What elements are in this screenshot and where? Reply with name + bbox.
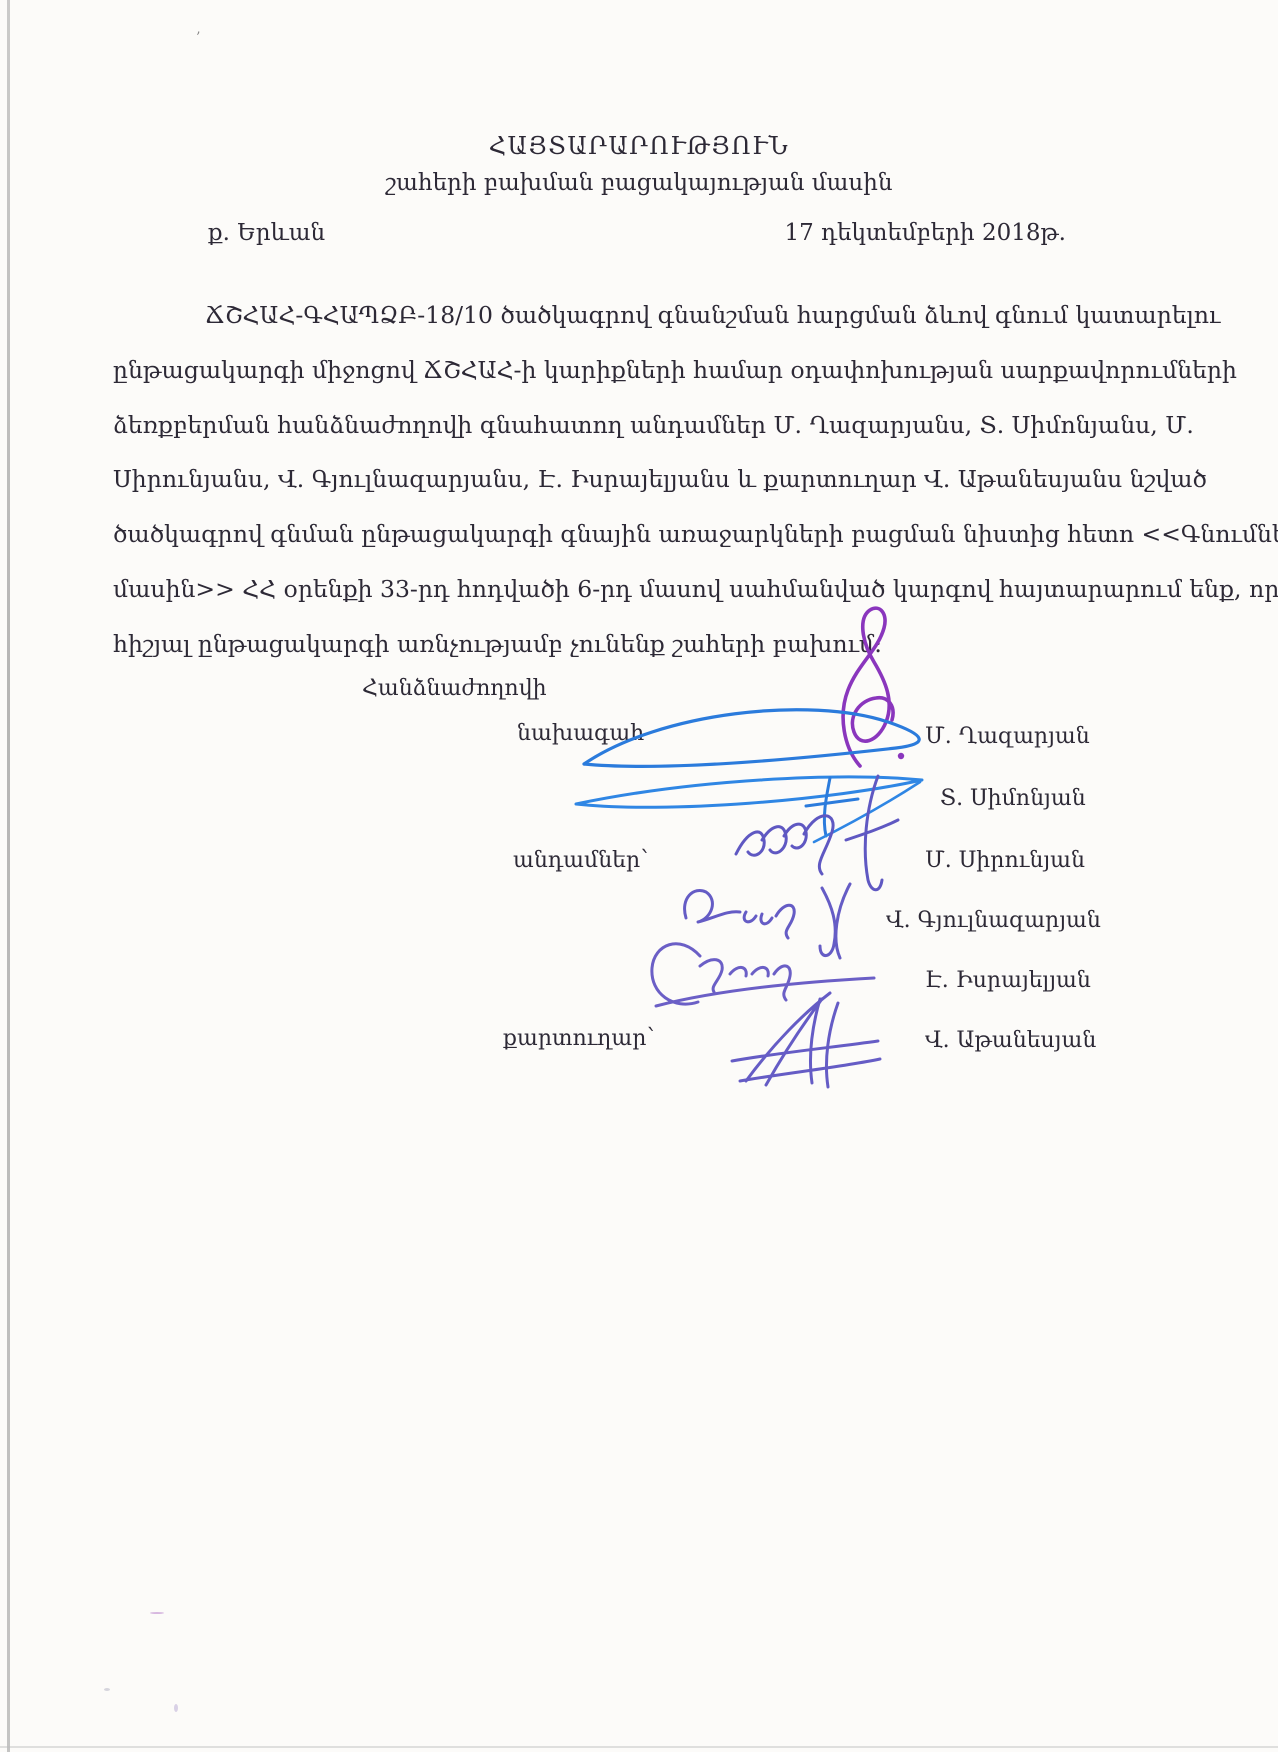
date-label: 17 դեկտեմբերի 2018թ. xyxy=(785,220,1067,246)
members-label: անդամներ՝ xyxy=(513,848,648,873)
signatory-name-gyulnazaryan: Վ. Գյուլնազարյան xyxy=(886,908,1101,933)
scan-speck xyxy=(104,1688,110,1691)
place-label: ք. Երևան xyxy=(208,220,325,246)
body-line: ծածկագրով գնման ընթացակարգի գնային առաջա… xyxy=(113,507,1165,562)
scan-edge-bottom xyxy=(0,1746,1278,1748)
signatory-name-ghazaryan: Մ. Ղազարյան xyxy=(925,724,1090,749)
body-line: հիշյալ ընթացակարգի առնչությամբ չունենք շ… xyxy=(113,617,1165,672)
scan-speck-mark: ’ xyxy=(196,30,200,46)
scan-edge-left xyxy=(7,0,10,1752)
signature-atanesyan-ink xyxy=(724,983,886,1101)
document-subtitle: շահերի բախման բացակայության մասին xyxy=(0,170,1278,196)
scanned-declaration-page: ’ ՀԱՅՏԱՐԱՐՈՒԹՅՈՒՆ շահերի բախման բացակայո… xyxy=(0,0,1278,1752)
body-line: ձեռքբերման հանձնաժողովի գնահատող անդամնե… xyxy=(113,398,1165,453)
scan-speck xyxy=(174,1704,178,1712)
scan-speck xyxy=(150,1612,164,1614)
signatory-name-atanesyan: Վ. Աթանեսյան xyxy=(925,1028,1096,1053)
signatory-name-simonyan: Տ. Սիմոնյան xyxy=(940,786,1086,811)
committee-label: Հանձնաժողովի xyxy=(362,676,547,701)
document-title: ՀԱՅՏԱՐԱՐՈՒԹՅՈՒՆ xyxy=(0,132,1278,160)
body-paragraph: ՃՇՀԱՀ-ԳՀԱՊՁԲ-18/10 ծածկագրով գնանշման հա… xyxy=(113,288,1165,672)
body-line: Սիրունյանս, Վ. Գյուլնազարյանս, Է. Իսրայե… xyxy=(113,452,1165,507)
body-line: մասին>> ՀՀ օրենքի 33-րդ հոդվածի 6-րդ մաս… xyxy=(113,562,1165,617)
body-line: ՃՇՀԱՀ-ԳՀԱՊՁԲ-18/10 ծածկագրով գնանշման հա… xyxy=(113,288,1165,343)
body-line: ընթացակարգի միջոցով ՃՇՀԱՀ-ի կարիքների հա… xyxy=(113,343,1165,398)
signatory-name-israyelyan: Է. Իսրայելյան xyxy=(925,968,1091,993)
secretary-label: քարտուղար՝ xyxy=(503,1026,654,1051)
signatory-name-sirunyan: Մ. Սիրունյան xyxy=(925,848,1085,873)
